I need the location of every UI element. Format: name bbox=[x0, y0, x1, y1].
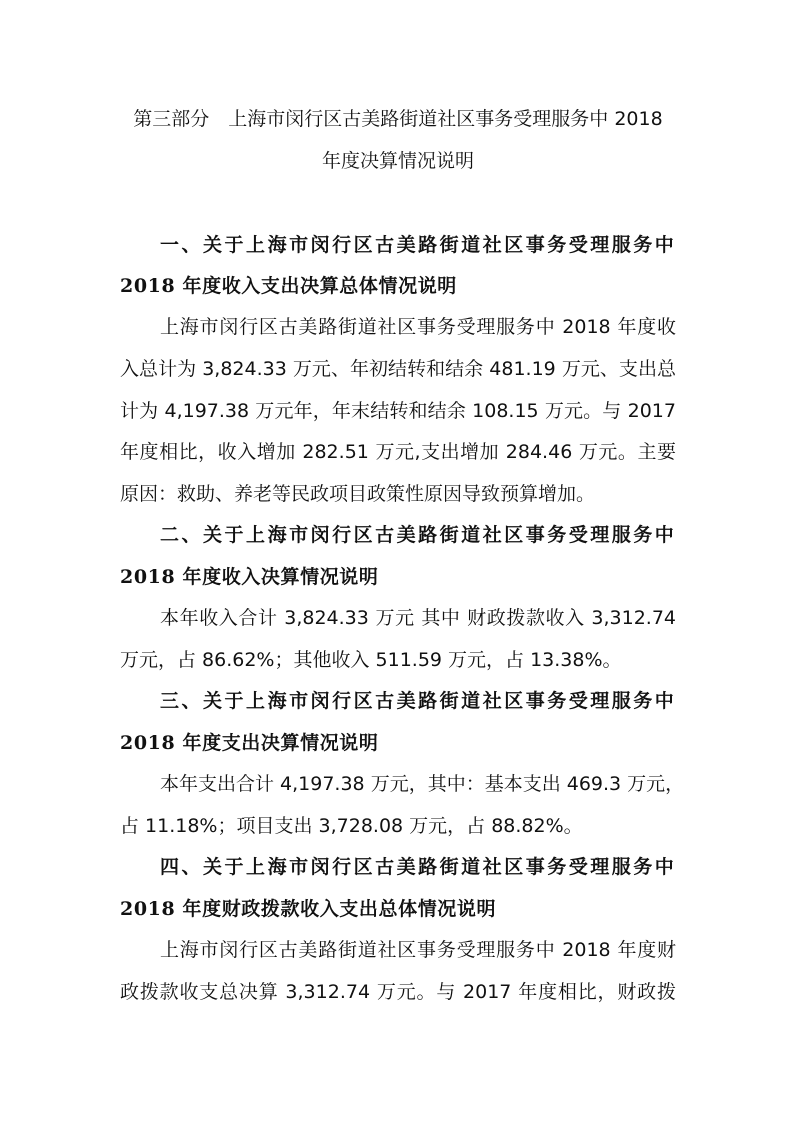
section-4-heading: 四、关于上海市闵行区古美路街道社区事务受理服务中 bbox=[160, 854, 676, 880]
section-2-body: 万元，占 86.62%；其他收入 511.59 万元，占 13.38%。 bbox=[120, 647, 676, 673]
section-1-heading: 一、关于上海市闵行区古美路街道社区事务受理服务中 bbox=[160, 232, 676, 258]
section-1-heading-cont: 2018 年度收入支出决算总体情况说明 bbox=[120, 273, 676, 299]
section-2-heading-cont: 2018 年度收入决算情况说明 bbox=[120, 564, 676, 590]
section-1-body: 上海市闵行区古美路街道社区事务受理服务中 2018 年度收 bbox=[160, 314, 676, 340]
section-4-body: 政拨款收支总决算 3,312.74 万元。与 2017 年度相比，财政拨 bbox=[120, 979, 676, 1005]
section-2-body: 本年收入合计 3,824.33 万元 其中 财政拨款收入 3,312.74 bbox=[160, 605, 676, 631]
document-title-line-2: 年度决算情况说明 bbox=[110, 148, 686, 174]
section-4-body: 上海市闵行区古美路街道社区事务受理服务中 2018 年度财 bbox=[160, 937, 676, 963]
section-3-body: 占 11.18%；项目支出 3,728.08 万元，占 88.82%。 bbox=[120, 813, 676, 839]
section-4-heading-cont: 2018 年度财政拨款收入支出总体情况说明 bbox=[120, 896, 676, 922]
document-title-line-1: 第三部分 上海市闵行区古美路街道社区事务受理服务中 2018 bbox=[110, 106, 686, 132]
section-2-heading: 二、关于上海市闵行区古美路街道社区事务受理服务中 bbox=[160, 522, 676, 548]
section-3-body: 本年支出合计 4,197.38 万元，其中：基本支出 469.3 万元， bbox=[160, 771, 676, 797]
section-3-heading: 三、关于上海市闵行区古美路街道社区事务受理服务中 bbox=[160, 688, 676, 714]
section-1-body: 入总计为 3,824.33 万元、年初结转和结余 481.19 万元、支出总 bbox=[120, 356, 676, 382]
section-1-body: 年度相比，收入增加 282.51 万元,支出增加 284.46 万元。主要 bbox=[120, 439, 676, 465]
section-3-heading-cont: 2018 年度支出决算情况说明 bbox=[120, 730, 676, 756]
document-page: 第三部分 上海市闵行区古美路街道社区事务受理服务中 2018 年度决算情况说明 … bbox=[0, 0, 793, 1122]
section-1-body: 计为 4,197.38 万元年，年末结转和结余 108.15 万元。与 2017 bbox=[120, 398, 676, 424]
section-1-body: 原因：救助、养老等民政项目政策性原因导致预算增加。 bbox=[120, 481, 676, 507]
